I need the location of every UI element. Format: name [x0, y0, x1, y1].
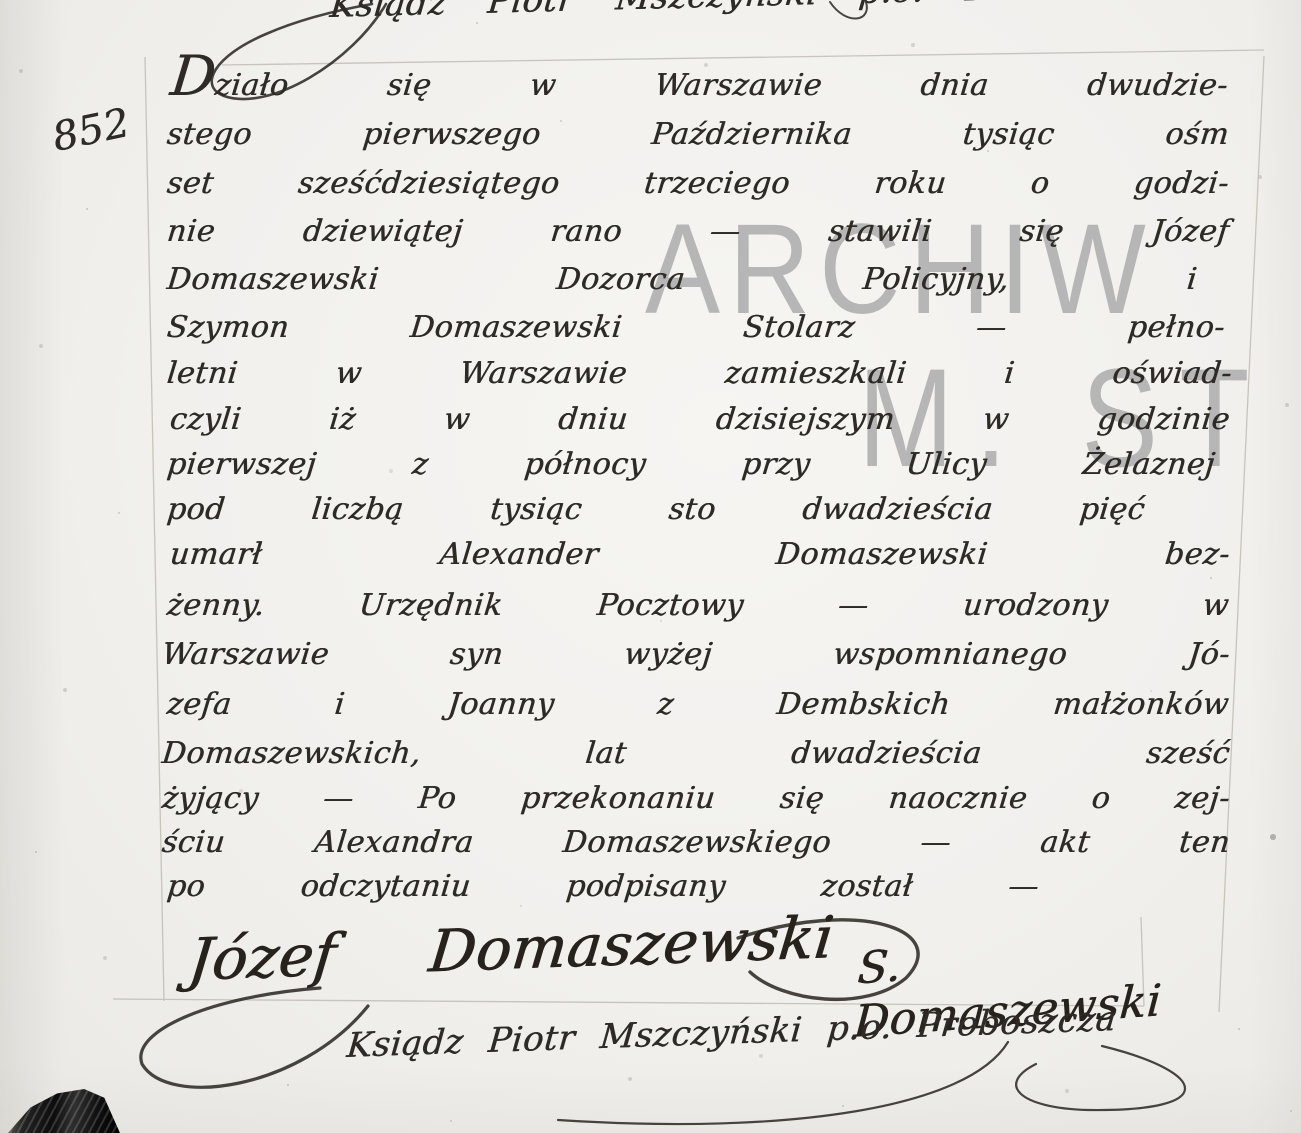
- act-number: 852: [48, 99, 134, 162]
- signature-jozef-domaszewski: Józef Domaszewski: [185, 903, 837, 995]
- record-line: nie dziewiątej rano — stawili się Józef: [165, 214, 1231, 250]
- record-line: umarł Alexander Domaszewski bez-: [168, 537, 1232, 573]
- signature-officiant-priest: Ksiądz Piotr Mszczyński p.o. Proboszcza: [345, 999, 1118, 1067]
- jozef-signature-tail: [141, 988, 368, 1087]
- record-line: żenny. Urzędnik Pocztowy — urodzony w: [165, 588, 1231, 624]
- officiant-flourish-loop: [1016, 1046, 1185, 1110]
- record-line: Domaszewski Dozorca Policyjny, i: [165, 262, 1199, 298]
- record-line: Szymon Domaszewski Stolarz — pełno-: [165, 310, 1227, 346]
- record-line: stego pierwszego Października tysiąc ośm: [165, 117, 1231, 153]
- record-line: pod liczbą tysiąc sto dwadzieścia pięć: [165, 492, 1147, 528]
- record-line: set sześćdziesiątego trzeciego roku o go…: [165, 166, 1231, 202]
- record-line: Domaszewskich, lat dwadzieścia sześć: [160, 736, 1232, 772]
- record-line: pierwszej z północy przy Ulicy Żelaznej: [165, 447, 1217, 483]
- scanned-register-page: ARCHIW M. ST Ksiądz Piotr Mszczyński p.o…: [0, 0, 1301, 1133]
- record-line: letni w Warszawie zamieszkali i oświad-: [165, 356, 1234, 392]
- header-partial-signature: Ksiądz Piotr Mszczyński p.o. Proboszcza: [328, 0, 1167, 27]
- record-line: czyli iż w dniu dzisiejszym w godzinie: [168, 402, 1232, 438]
- record-line: po odczytaniu podpisany został —: [165, 869, 1041, 905]
- record-line: żyjący — Po przekonaniu się naocznie o z…: [160, 781, 1232, 817]
- record-line: Warszawie syn wyżej wspomnianego Jó-: [160, 637, 1232, 673]
- record-line: ściu Alexandra Domaszewskiego — akt ten: [160, 825, 1232, 861]
- record-line: zefa i Joanny z Dembskich małżonków: [165, 687, 1231, 723]
- scan-corner-clip-artifact: [8, 1089, 120, 1133]
- record-line: Działo się w Warszawie dnia dwudzie-: [168, 60, 1231, 104]
- paper-speckles: [0, 0, 2, 2]
